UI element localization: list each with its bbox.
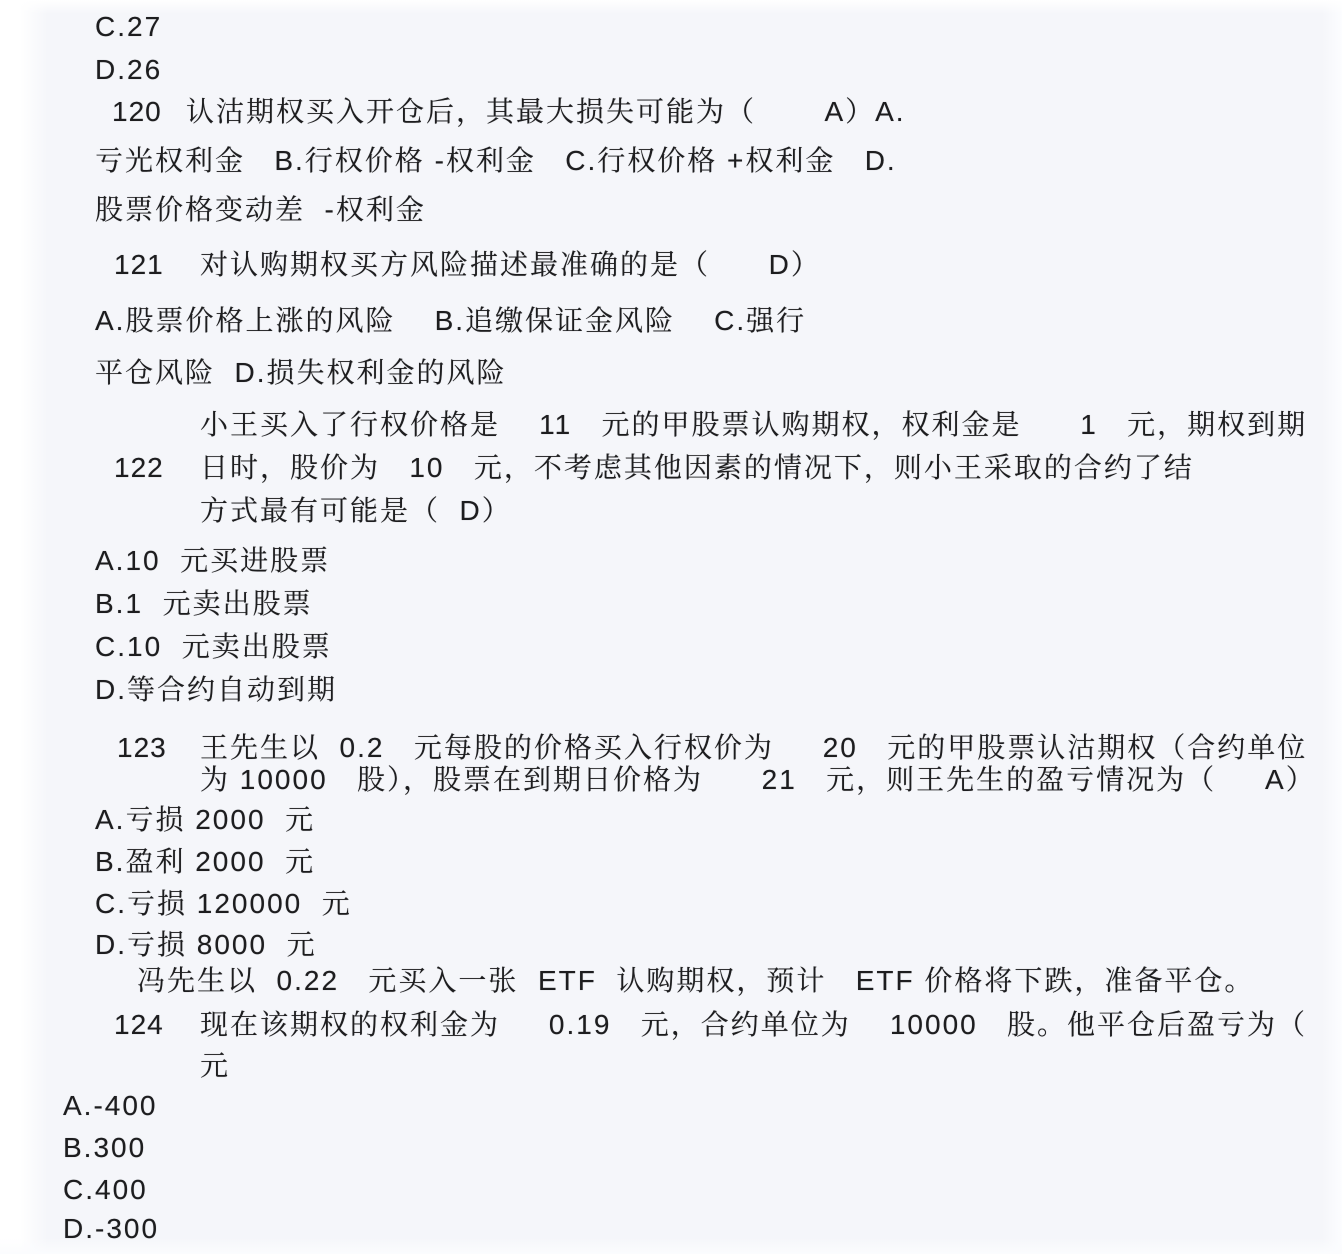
question-124-number: 124 bbox=[114, 1008, 164, 1042]
question-122-stem-line2: 日时，股价为 10 元，不考虑其他因素的情况下，则小王采取的合约了结 bbox=[200, 451, 1194, 485]
prev-question-option-d: D.26 bbox=[95, 53, 162, 87]
question-122-option-b: B.1 元卖出股票 bbox=[95, 587, 313, 621]
question-122-option-a: A.10 元买进股票 bbox=[95, 544, 330, 578]
question-124-stem-line3: 元 bbox=[200, 1049, 230, 1083]
question-123-option-c: C.亏损 120000 元 bbox=[95, 887, 352, 921]
question-122-option-c: C.10 元卖出股票 bbox=[95, 630, 332, 664]
question-124-option-a: A.-400 bbox=[63, 1089, 158, 1123]
question-123-number: 123 bbox=[117, 731, 167, 765]
question-124-option-d: D.-300 bbox=[63, 1212, 159, 1246]
question-124-stem-line2: 现在该期权的权利金为 0.19 元，合约单位为 10000 股。他平仓后盈亏为（… bbox=[200, 1008, 1342, 1042]
question-122-option-d: D.等合约自动到期 bbox=[95, 673, 337, 707]
question-120-stem-line1: 认沽期权买入开仓后，其最大损失可能为（ A）A. bbox=[186, 95, 906, 129]
question-123-option-a: A.亏损 2000 元 bbox=[95, 803, 315, 837]
prev-question-option-c: C.27 bbox=[95, 10, 162, 44]
question-124-stem-line1: 冯先生以 0.22 元买入一张 ETF 认购期权，预计 ETF 价格将下跌，准备… bbox=[137, 964, 1254, 998]
question-123-stem-line2: 为 10000 股），股票在到期日价格为 21 元，则王先生的盈亏情况为（ A） bbox=[200, 763, 1316, 797]
question-122-stem-line1: 小王买入了行权价格是 11 元的甲股票认购期权，权利金是 1 元，期权到期 bbox=[200, 408, 1307, 442]
question-120-stem-line3: 股票价格变动差 -权利金 bbox=[95, 193, 426, 227]
question-123-option-b: B.盈利 2000 元 bbox=[95, 845, 315, 879]
question-124-option-c: C.400 bbox=[63, 1173, 148, 1207]
question-121-stem: 对认购期权买方风险描述最准确的是（ D） bbox=[200, 248, 821, 282]
exam-document-page: C.27 D.26 120 认沽期权买入开仓后，其最大损失可能为（ A）A. 亏… bbox=[0, 0, 1342, 1254]
question-121-options-line1: A.股票价格上涨的风险 B.追缴保证金风险 C.强行 bbox=[95, 304, 806, 338]
question-121-number: 121 bbox=[114, 248, 164, 282]
question-122-number: 122 bbox=[114, 451, 164, 485]
question-122-stem-line3: 方式最有可能是（ D） bbox=[200, 494, 512, 528]
question-123-stem-line1: 王先生以 0.2 元每股的价格买入行权价为 20 元的甲股票认沽期权（合约单位 bbox=[200, 731, 1307, 765]
question-124-option-b: B.300 bbox=[63, 1131, 146, 1165]
question-123-option-d: D.亏损 8000 元 bbox=[95, 928, 317, 962]
question-120-stem-line2: 亏光权利金 B.行权价格 -权利金 C.行权价格 +权利金 D. bbox=[95, 144, 897, 178]
question-121-options-line2: 平仓风险 D.损失权利金的风险 bbox=[95, 356, 507, 390]
question-120-number: 120 bbox=[112, 95, 162, 129]
